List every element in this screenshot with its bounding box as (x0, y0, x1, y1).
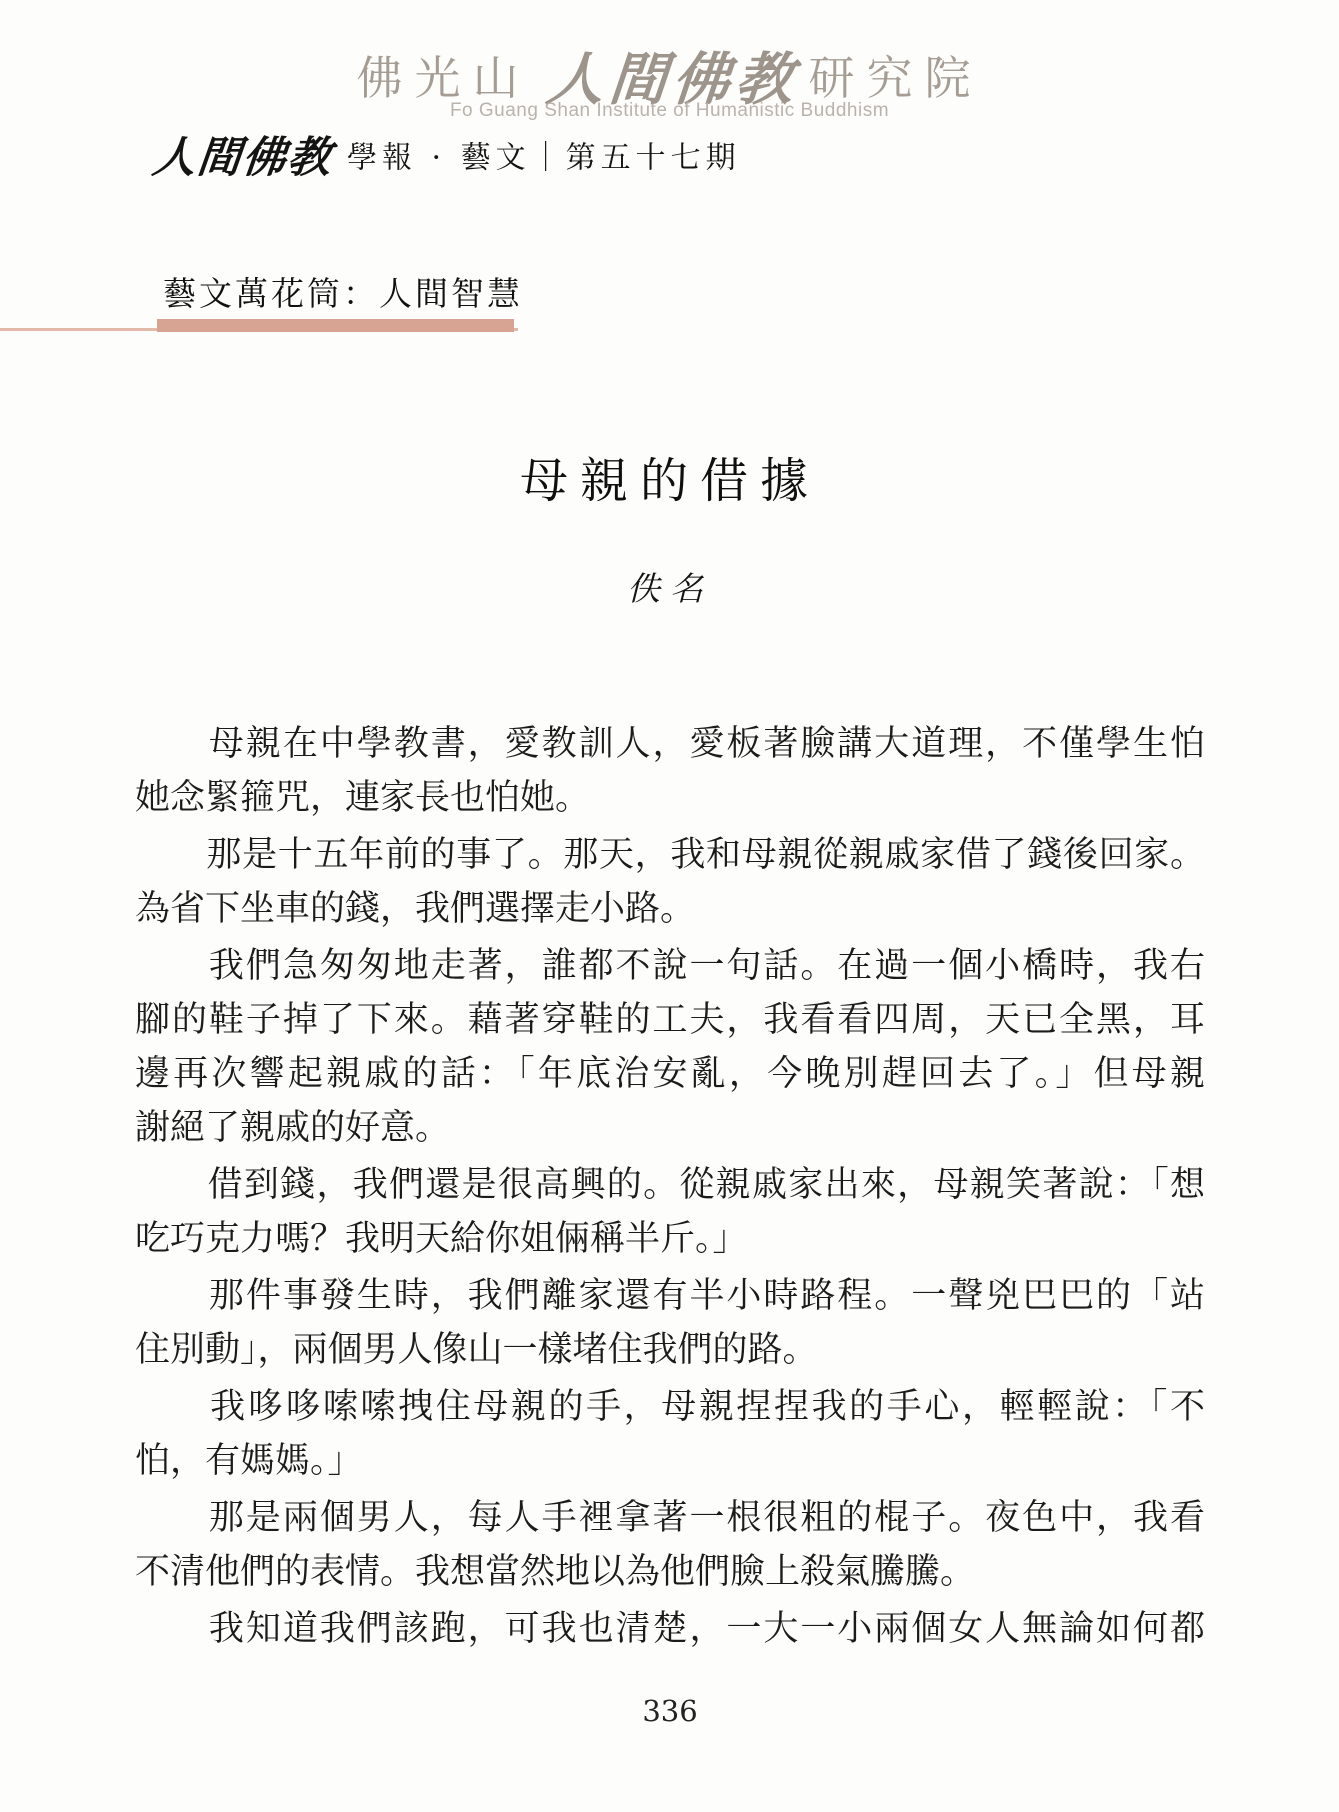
section-underline-bar (157, 319, 514, 332)
page-number: 336 (135, 1694, 1205, 1728)
body-line: 那件事發生時，我們離家還有半小時路程。一聲兇巴巴的「站 (135, 1269, 1205, 1323)
section-header: 藝文萬花筒：人間智慧 (163, 268, 523, 315)
body-line: 她念緊箍咒，連家長也怕她。 (135, 771, 1205, 825)
logo-text-left: 佛光山 (357, 51, 531, 105)
body-line: 我知道我們該跑，可我也清楚，一大一小兩個女人無論如何都 (135, 1602, 1205, 1656)
body-line: 住別動」，兩個男人像山一樣堵住我們的路。 (135, 1323, 1205, 1377)
body-line: 我哆哆嗦嗦拽住母親的手，母親捏捏我的手心，輕輕說：「不 (135, 1380, 1205, 1434)
body-line: 邊再次響起親戚的話：「年底治安亂，今晚別趕回去了。」但母親 (135, 1047, 1205, 1101)
article-title: 母親的借據 (135, 442, 1205, 511)
body-line: 借到錢，我們還是很高興的。從親戚家出來，母親笑著說：「想 (135, 1158, 1205, 1212)
document-page: 佛光山人間佛教研究院 Fo Guang Shan Institute of Hu… (0, 0, 1339, 1812)
journal-brush-logo: 人間佛教 (150, 124, 336, 185)
body-line: 謝絕了親戚的好意。 (135, 1101, 1205, 1155)
institute-logo-english: Fo Guang Shan Institute of Humanistic Bu… (0, 100, 1339, 122)
body-line: 不清他們的表情。我想當然地以為他們臉上殺氣騰騰。 (135, 1545, 1205, 1599)
body-line: 我們急匆匆地走著，誰都不說一句話。在過一個小橋時，我右 (135, 939, 1205, 993)
body-line: 為省下坐車的錢，我們選擇走小路。 (135, 882, 1205, 936)
body-line: 那是十五年前的事了。那天，我和母親從親戚家借了錢後回家。 (135, 828, 1205, 882)
body-line: 怕，有媽媽。」 (135, 1434, 1205, 1488)
body-line: 腳的鞋子掉了下來。藉著穿鞋的工夫，我看看四周，天已全黑，耳 (135, 993, 1205, 1047)
article-author: 佚名 (135, 563, 1205, 610)
journal-issue-info: 學報 · 藝文｜第五十七期 (347, 141, 741, 176)
body-line: 吃巧克力嗎？我明天給你姐倆稱半斤。」 (135, 1212, 1205, 1266)
journal-title-line: 人間佛教學報 · 藝文｜第五十七期 (153, 124, 741, 185)
logo-text-right: 研究院 (809, 51, 983, 105)
body-line: 那是兩個男人，每人手裡拿著一根很粗的棍子。夜色中，我看 (135, 1491, 1205, 1545)
body-line: 母親在中學教書，愛教訓人，愛板著臉講大道理，不僅學生怕 (135, 717, 1205, 771)
article-body: 母親在中學教書，愛教訓人，愛板著臉講大道理，不僅學生怕 她念緊箍咒，連家長也怕她… (135, 717, 1205, 1656)
